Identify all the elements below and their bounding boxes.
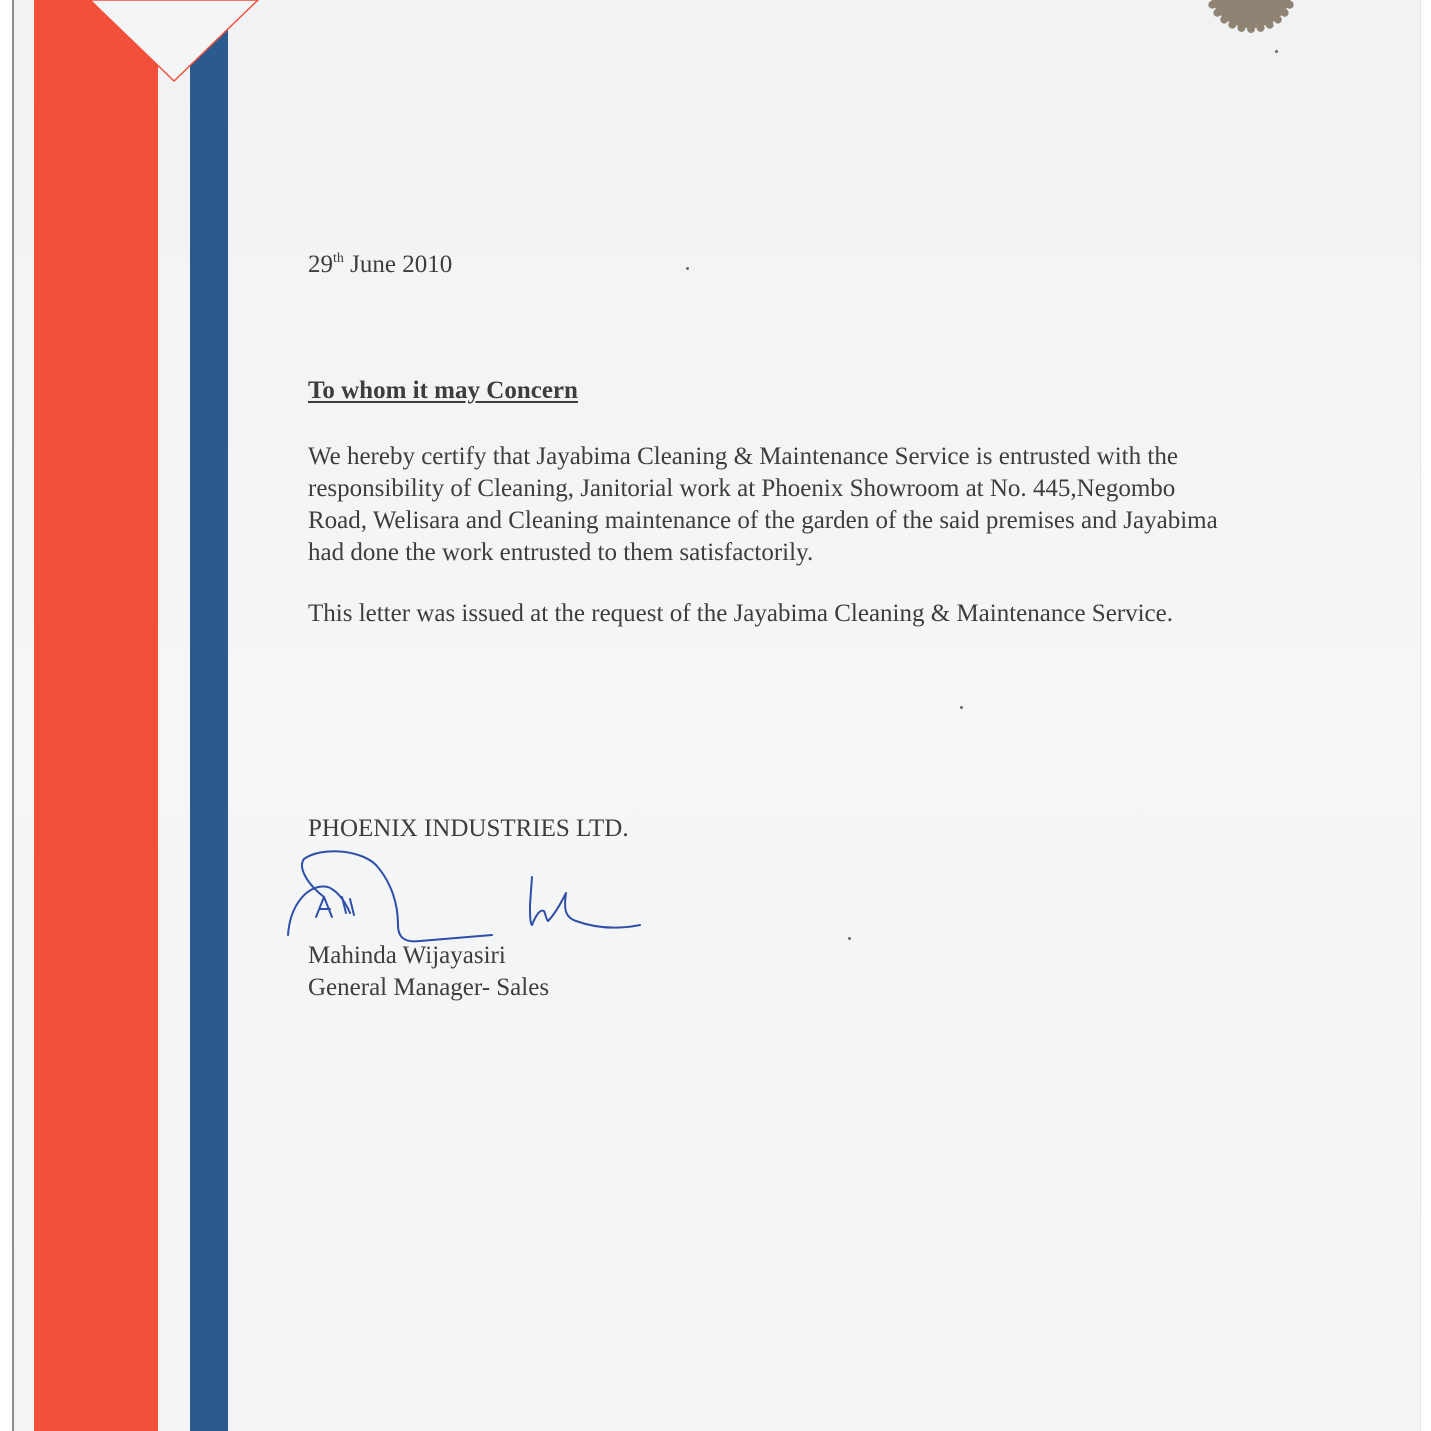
letterhead-blue-stripe — [190, 0, 228, 1431]
letterhead-chevron-icon — [0, 0, 300, 100]
signatory-title: General Manager- Sales — [308, 972, 549, 1004]
scan-speck — [1275, 50, 1278, 53]
date-ordinal: th — [333, 251, 344, 266]
scan-speck — [686, 267, 689, 270]
letterhead-red-stripe — [34, 0, 158, 1431]
scan-edge-left — [0, 0, 14, 1431]
letter-paragraph-request: This letter was issued at the request of… — [308, 598, 1228, 630]
date-month-year: June 2010 — [350, 251, 452, 278]
scan-edge-right — [1420, 0, 1431, 1431]
handwritten-signature-icon — [280, 845, 660, 950]
company-seal-icon — [1205, 0, 1297, 34]
letter-date: 29th June 2010 — [308, 251, 452, 279]
date-day: 29 — [308, 251, 333, 278]
scan-speck — [960, 706, 963, 709]
company-name: PHOENIX INDUSTRIES LTD. — [308, 815, 629, 843]
scan-speck — [848, 937, 851, 940]
letter-salutation-heading: To whom it may Concern — [308, 377, 578, 405]
letter-paragraph-certification: We hereby certify that Jayabima Cleaning… — [308, 441, 1228, 569]
